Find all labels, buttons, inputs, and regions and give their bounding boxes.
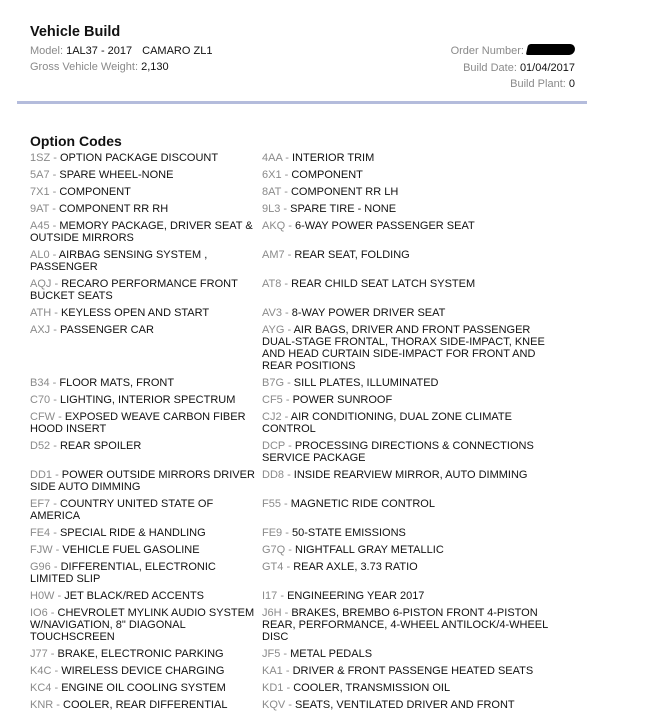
build-date-value: 01/04/2017 (520, 62, 575, 74)
option-code: KC4 (30, 682, 51, 694)
option-separator: - (50, 169, 60, 181)
option-description: OPTION PACKAGE DISCOUNT (60, 152, 218, 164)
vehicle-build-header: Vehicle Build Model: 1AL37 - 2017CAMARO … (0, 0, 645, 104)
option-item: CF5 - POWER SUNROOF (262, 394, 558, 406)
option-item: KQV - SEATS, VENTILATED DRIVER AND FRONT (262, 699, 558, 711)
option-separator: - (50, 527, 60, 539)
option-code: H0W (30, 590, 54, 602)
option-item: KNR - COOLER, REAR DIFFERENTIAL (30, 699, 262, 711)
option-code: ATH (30, 307, 51, 319)
option-item: I17 - ENGINEERING YEAR 2017 (262, 590, 558, 602)
option-code: B7G (262, 377, 284, 389)
option-code: GT4 (262, 561, 283, 573)
option-item: DD1 - POWER OUTSIDE MIRRORS DRIVER SIDE … (30, 469, 262, 493)
option-separator: - (50, 220, 60, 232)
option-item: 5A7 - SPARE WHEEL-NONE (30, 169, 262, 181)
option-row: 7X1 - COMPONENT8AT - COMPONENT RR LH (30, 186, 590, 198)
option-item: F55 - MAGNETIC RIDE CONTROL (262, 498, 558, 522)
option-item: IO6 - CHEVROLET MYLINK AUDIO SYSTEM W/NA… (30, 607, 262, 643)
build-date-label: Build Date: (463, 62, 517, 74)
option-code: FE9 (262, 527, 282, 539)
option-separator: - (282, 169, 292, 181)
option-description: REAR SPOILER (60, 440, 141, 452)
option-code: CFW (30, 411, 55, 423)
option-row: AL0 - AIRBAG SENSING SYSTEM , PASSENGERA… (30, 249, 590, 273)
option-item: A45 - MEMORY PACKAGE, DRIVER SEAT & OUTS… (30, 220, 262, 244)
option-code: AKQ (262, 220, 285, 232)
option-code: B34 (30, 377, 50, 389)
option-item: KC4 - ENGINE OIL COOLING SYSTEM (30, 682, 262, 694)
option-description: COMPONENT (291, 169, 363, 181)
option-separator: - (285, 220, 295, 232)
option-row: 1SZ - OPTION PACKAGE DISCOUNT4AA - INTER… (30, 152, 590, 164)
option-description: SPARE TIRE - NONE (290, 203, 396, 215)
option-row: FJW - VEHICLE FUEL GASOLINEG7Q - NIGHTFA… (30, 544, 590, 556)
option-description: 6-WAY POWER PASSENGER SEAT (295, 220, 475, 232)
option-separator: - (285, 699, 295, 711)
option-code: 4AA (262, 152, 282, 164)
option-row: 9AT - COMPONENT RR RH9L3 - SPARE TIRE - … (30, 203, 590, 215)
option-description: RECARO PERFORMANCE FRONT BUCKET SEATS (30, 278, 238, 302)
option-separator: - (50, 152, 60, 164)
option-item: DCP - PROCESSING DIRECTIONS & CONNECTION… (262, 440, 558, 464)
option-description: COMPONENT RR LH (291, 186, 398, 198)
option-item: 6X1 - COMPONENT (262, 169, 558, 181)
option-separator: - (282, 307, 292, 319)
option-row: C70 - LIGHTING, INTERIOR SPECTRUMCF5 - P… (30, 394, 590, 406)
option-description: POWER OUTSIDE MIRRORS DRIVER SIDE AUTO D… (30, 469, 255, 493)
option-description: JET BLACK/RED ACCENTS (64, 590, 204, 602)
gvw-value: 2,130 (141, 61, 169, 73)
option-code: 1SZ (30, 152, 50, 164)
option-item: B34 - FLOOR MATS, FRONT (30, 377, 262, 389)
option-code: FJW (30, 544, 53, 556)
option-item: K4C - WIRELESS DEVICE CHARGING (30, 665, 262, 677)
option-item: KA1 - DRIVER & FRONT PASSENGE HEATED SEA… (262, 665, 558, 677)
option-code: DCP (262, 440, 285, 452)
option-row: DD1 - POWER OUTSIDE MIRRORS DRIVER SIDE … (30, 469, 590, 493)
option-description: INTERIOR TRIM (292, 152, 374, 164)
option-code: G96 (30, 561, 51, 573)
option-code: 9AT (30, 203, 49, 215)
option-description: POWER SUNROOF (293, 394, 393, 406)
option-code: 6X1 (262, 169, 282, 181)
option-separator: - (284, 469, 294, 481)
option-code: C70 (30, 394, 50, 406)
option-description: ENGINE OIL COOLING SYSTEM (61, 682, 226, 694)
option-item: G96 - DIFFERENTIAL, ELECTRONIC LIMITED S… (30, 561, 262, 585)
option-separator: - (52, 469, 62, 481)
option-item: FE9 - 50-STATE EMISSIONS (262, 527, 558, 539)
option-description: DRIVER & FRONT PASSENGE HEATED SEATS (293, 665, 534, 677)
option-row: A45 - MEMORY PACKAGE, DRIVER SEAT & OUTS… (30, 220, 590, 244)
option-code: 9L3 (262, 203, 280, 215)
option-description: METAL PEDALS (290, 648, 372, 660)
option-code: G7Q (262, 544, 285, 556)
option-code: AV3 (262, 307, 282, 319)
option-code: KQV (262, 699, 285, 711)
option-row: KC4 - ENGINE OIL COOLING SYSTEMKD1 - COO… (30, 682, 590, 694)
option-description: AIR BAGS, DRIVER AND FRONT PASSENGER DUA… (262, 324, 545, 372)
option-code: DD1 (30, 469, 52, 481)
gvw-line: Gross Vehicle Weight: 2,130 (30, 59, 212, 75)
option-description: SPECIAL RIDE & HANDLING (60, 527, 206, 539)
option-description: INSIDE REARVIEW MIRROR, AUTO DIMMING (294, 469, 528, 481)
option-separator: - (281, 498, 291, 510)
option-code: D52 (30, 440, 50, 452)
option-code: AM7 (262, 249, 285, 261)
option-item: 7X1 - COMPONENT (30, 186, 262, 198)
option-item: AYG - AIR BAGS, DRIVER AND FRONT PASSENG… (262, 324, 558, 372)
option-item: AKQ - 6-WAY POWER PASSENGER SEAT (262, 220, 558, 244)
option-description: MAGNETIC RIDE CONTROL (291, 498, 435, 510)
option-row: B34 - FLOOR MATS, FRONTB7G - SILL PLATES… (30, 377, 590, 389)
option-code: FE4 (30, 527, 50, 539)
option-separator: - (50, 440, 60, 452)
option-code: AYG (262, 324, 284, 336)
option-code: K4C (30, 665, 51, 677)
option-separator: - (48, 648, 58, 660)
option-separator: - (54, 590, 64, 602)
option-item: AXJ - PASSENGER CAR (30, 324, 262, 372)
option-separator: - (48, 607, 58, 619)
option-description: COMPONENT (59, 186, 131, 198)
option-code: 5A7 (30, 169, 50, 181)
option-separator: - (51, 682, 61, 694)
option-description: VEHICLE FUEL GASOLINE (62, 544, 199, 556)
option-separator: - (53, 699, 63, 711)
option-row: D52 - REAR SPOILERDCP - PROCESSING DIREC… (30, 440, 590, 464)
option-item: KD1 - COOLER, TRANSMISSION OIL (262, 682, 558, 694)
option-description: PROCESSING DIRECTIONS & CONNECTIONS SERV… (262, 440, 534, 464)
option-code: J77 (30, 648, 48, 660)
option-code: F55 (262, 498, 281, 510)
option-description: REAR SEAT, FOLDING (294, 249, 409, 261)
option-separator: - (283, 561, 293, 573)
option-separator: - (282, 152, 292, 164)
option-separator: - (280, 203, 290, 215)
option-description: PASSENGER CAR (60, 324, 154, 336)
build-date-line: Build Date: 01/04/2017 (451, 60, 575, 77)
option-code: CJ2 (262, 411, 282, 423)
option-row: K4C - WIRELESS DEVICE CHARGINGKA1 - DRIV… (30, 665, 590, 677)
option-item: ATH - KEYLESS OPEN AND START (30, 307, 262, 319)
option-code: J6H (262, 607, 282, 619)
option-item: G7Q - NIGHTFALL GRAY METALLIC (262, 544, 558, 556)
option-codes-list: 1SZ - OPTION PACKAGE DISCOUNT4AA - INTER… (30, 152, 590, 711)
option-description: SPARE WHEEL-NONE (59, 169, 173, 181)
option-code: CF5 (262, 394, 283, 406)
option-description: WIRELESS DEVICE CHARGING (61, 665, 224, 677)
option-item: JF5 - METAL PEDALS (262, 648, 558, 660)
model-code: 1AL37 - 2017 (66, 45, 132, 57)
option-description: SILL PLATES, ILLUMINATED (294, 377, 439, 389)
option-code: DD8 (262, 469, 284, 481)
option-item: B7G - SILL PLATES, ILLUMINATED (262, 377, 558, 389)
option-code: AXJ (30, 324, 50, 336)
option-separator: - (282, 527, 292, 539)
option-description: FLOOR MATS, FRONT (59, 377, 174, 389)
option-item: C70 - LIGHTING, INTERIOR SPECTRUM (30, 394, 262, 406)
option-code: KNR (30, 699, 53, 711)
option-description: COOLER, TRANSMISSION OIL (293, 682, 450, 694)
option-code: IO6 (30, 607, 48, 619)
option-separator: - (282, 411, 291, 423)
option-separator: - (55, 411, 65, 423)
option-row: CFW - EXPOSED WEAVE CARBON FIBER HOOD IN… (30, 411, 590, 435)
option-separator: - (283, 394, 293, 406)
option-code: I17 (262, 590, 277, 602)
option-separator: - (285, 544, 295, 556)
order-info: Order Number: Build Date: 01/04/2017 Bui… (451, 43, 575, 93)
option-item: EF7 - COUNTRY UNITED STATE OF AMERICA (30, 498, 262, 522)
option-description: KEYLESS OPEN AND START (61, 307, 209, 319)
option-description: COMPONENT RR RH (59, 203, 168, 215)
option-separator: - (50, 394, 60, 406)
option-row: AXJ - PASSENGER CARAYG - AIR BAGS, DRIVE… (30, 324, 590, 372)
option-description: AIR CONDITIONING, DUAL ZONE CLIMATE CONT… (262, 411, 512, 435)
model-label: Model: (30, 45, 63, 57)
option-separator: - (284, 324, 293, 336)
option-row: AQJ - RECARO PERFORMANCE FRONT BUCKET SE… (30, 278, 590, 302)
option-description: COOLER, REAR DIFFERENTIAL (63, 699, 227, 711)
option-separator: - (51, 307, 61, 319)
option-code: KD1 (262, 682, 283, 694)
option-separator: - (50, 186, 60, 198)
option-description: REAR AXLE, 3.73 RATIO (293, 561, 418, 573)
vehicle-model-info: Model: 1AL37 - 2017CAMARO ZL1 Gross Vehi… (30, 43, 212, 75)
option-description: BRAKES, BREMBO 6-PISTON FRONT 4-PISTON R… (262, 607, 548, 643)
option-row: G96 - DIFFERENTIAL, ELECTRONIC LIMITED S… (30, 561, 590, 585)
option-separator: - (284, 377, 294, 389)
option-item: 1SZ - OPTION PACKAGE DISCOUNT (30, 152, 262, 164)
option-separator: - (50, 249, 59, 261)
option-separator: - (50, 377, 60, 389)
option-separator: - (285, 440, 295, 452)
option-row: H0W - JET BLACK/RED ACCENTSI17 - ENGINEE… (30, 590, 590, 602)
option-code: AT8 (262, 278, 281, 290)
gvw-label: Gross Vehicle Weight: (30, 61, 138, 73)
option-item: 4AA - INTERIOR TRIM (262, 152, 558, 164)
option-description: SEATS, VENTILATED DRIVER AND FRONT (295, 699, 515, 711)
option-row: 5A7 - SPARE WHEEL-NONE6X1 - COMPONENT (30, 169, 590, 181)
option-separator: - (49, 203, 59, 215)
option-code: A45 (30, 220, 50, 232)
option-row: J77 - BRAKE, ELECTRONIC PARKINGJF5 - MET… (30, 648, 590, 660)
option-description: 8-WAY POWER DRIVER SEAT (292, 307, 446, 319)
page-title: Vehicle Build (30, 24, 120, 40)
option-separator: - (51, 665, 61, 677)
option-code: KA1 (262, 665, 283, 677)
option-row: FE4 - SPECIAL RIDE & HANDLINGFE9 - 50-ST… (30, 527, 590, 539)
option-item: DD8 - INSIDE REARVIEW MIRROR, AUTO DIMMI… (262, 469, 558, 493)
build-plant-label: Build Plant: (510, 78, 566, 90)
option-description: CHEVROLET MYLINK AUDIO SYSTEM W/NAVIGATI… (30, 607, 254, 643)
option-separator: - (280, 648, 290, 660)
option-description: 50-STATE EMISSIONS (292, 527, 406, 539)
order-number-redacted (526, 44, 576, 55)
option-separator: - (277, 590, 287, 602)
option-separator: - (281, 186, 291, 198)
option-row: KNR - COOLER, REAR DIFFERENTIALKQV - SEA… (30, 699, 590, 711)
option-item: CFW - EXPOSED WEAVE CARBON FIBER HOOD IN… (30, 411, 262, 435)
model-name: CAMARO ZL1 (142, 45, 212, 57)
option-description: LIGHTING, INTERIOR SPECTRUM (60, 394, 235, 406)
option-separator: - (50, 498, 60, 510)
option-code: AQJ (30, 278, 51, 290)
option-item: AT8 - REAR CHILD SEAT LATCH SYSTEM (262, 278, 558, 302)
header-divider (17, 101, 587, 104)
build-plant-value: 0 (569, 78, 575, 90)
option-separator: - (282, 607, 292, 619)
option-row: ATH - KEYLESS OPEN AND STARTAV3 - 8-WAY … (30, 307, 590, 319)
option-item: FJW - VEHICLE FUEL GASOLINE (30, 544, 262, 556)
order-number-label: Order Number: (451, 45, 524, 57)
option-item: 8AT - COMPONENT RR LH (262, 186, 558, 198)
option-item: GT4 - REAR AXLE, 3.73 RATIO (262, 561, 558, 585)
option-description: BRAKE, ELECTRONIC PARKING (58, 648, 224, 660)
order-number-line: Order Number: (451, 43, 575, 60)
option-codes-title: Option Codes (30, 133, 122, 149)
option-separator: - (283, 665, 293, 677)
option-code: 7X1 (30, 186, 50, 198)
option-separator: - (285, 249, 295, 261)
model-line: Model: 1AL37 - 2017CAMARO ZL1 (30, 43, 212, 59)
option-separator: - (281, 278, 291, 290)
option-item: D52 - REAR SPOILER (30, 440, 262, 464)
option-row: IO6 - CHEVROLET MYLINK AUDIO SYSTEM W/NA… (30, 607, 590, 643)
option-item: FE4 - SPECIAL RIDE & HANDLING (30, 527, 262, 539)
option-description: REAR CHILD SEAT LATCH SYSTEM (291, 278, 475, 290)
option-description: NIGHTFALL GRAY METALLIC (295, 544, 444, 556)
option-item: H0W - JET BLACK/RED ACCENTS (30, 590, 262, 602)
option-item: AV3 - 8-WAY POWER DRIVER SEAT (262, 307, 558, 319)
option-item: CJ2 - AIR CONDITIONING, DUAL ZONE CLIMAT… (262, 411, 558, 435)
option-item: 9AT - COMPONENT RR RH (30, 203, 262, 215)
option-separator: - (53, 544, 63, 556)
option-code: EF7 (30, 498, 50, 510)
option-item: 9L3 - SPARE TIRE - NONE (262, 203, 558, 215)
option-item: J77 - BRAKE, ELECTRONIC PARKING (30, 648, 262, 660)
option-description: MEMORY PACKAGE, DRIVER SEAT & OUTSIDE MI… (30, 220, 253, 244)
option-code: 8AT (262, 186, 281, 198)
option-row: EF7 - COUNTRY UNITED STATE OF AMERICAF55… (30, 498, 590, 522)
option-separator: - (51, 561, 61, 573)
option-code: JF5 (262, 648, 280, 660)
option-item: AQJ - RECARO PERFORMANCE FRONT BUCKET SE… (30, 278, 262, 302)
option-separator: - (283, 682, 293, 694)
option-code: AL0 (30, 249, 50, 261)
option-separator: - (51, 278, 61, 290)
option-separator: - (50, 324, 60, 336)
option-item: J6H - BRAKES, BREMBO 6-PISTON FRONT 4-PI… (262, 607, 558, 643)
option-item: AL0 - AIRBAG SENSING SYSTEM , PASSENGER (30, 249, 262, 273)
option-item: AM7 - REAR SEAT, FOLDING (262, 249, 558, 273)
option-description: ENGINEERING YEAR 2017 (287, 590, 424, 602)
build-plant-line: Build Plant: 0 (451, 76, 575, 93)
